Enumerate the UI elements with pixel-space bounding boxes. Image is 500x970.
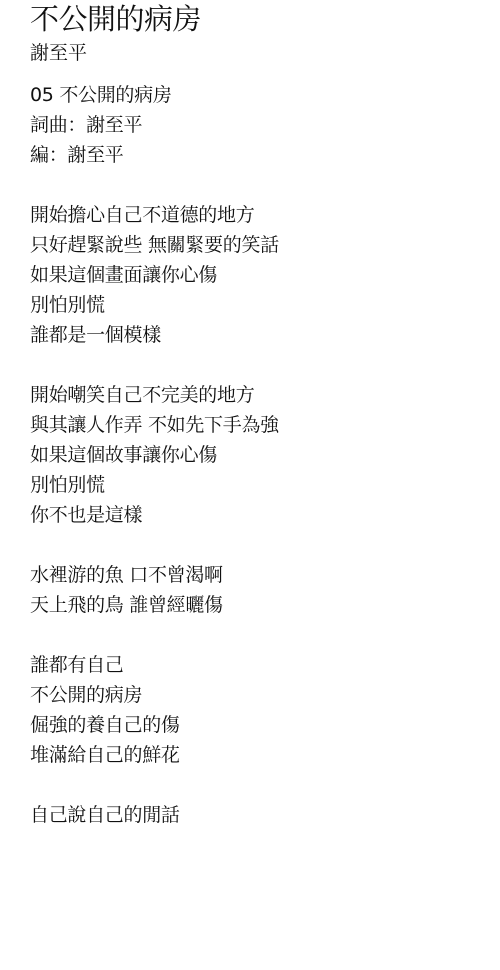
lyric-line: 如果這個故事讓你心傷 [30, 440, 279, 470]
lyric-line-credits-arrangement: 編：謝至平 [30, 140, 279, 170]
lyrics-list: 05 不公開的病房 詞曲：謝至平 編：謝至平 開始擔心自己不道德的地方 只好趕緊… [30, 80, 279, 830]
lyric-line-track-info: 05 不公開的病房 [30, 80, 279, 110]
lyric-line: 不公開的病房 [30, 680, 279, 710]
lyric-line: 你不也是這樣 [30, 500, 279, 530]
lyric-line-credits-lyrics-music: 詞曲：謝至平 [30, 110, 279, 140]
lyric-line: 別怕別慌 [30, 290, 279, 320]
lyric-spacer [30, 530, 279, 560]
lyric-spacer [30, 170, 279, 200]
lyric-line: 開始擔心自己不道德的地方 [30, 200, 279, 230]
lyric-line: 誰都有自己 [30, 650, 279, 680]
lyric-line: 與其讓人作弄 不如先下手為強 [30, 410, 279, 440]
lyric-spacer [30, 770, 279, 800]
song-artist: 謝至平 [30, 40, 87, 66]
lyric-line: 堆滿給自己的鮮花 [30, 740, 279, 770]
lyric-line: 倔強的養自己的傷 [30, 710, 279, 740]
lyric-line: 誰都是一個模樣 [30, 320, 279, 350]
lyric-line: 水裡游的魚 口不曾渴啊 [30, 560, 279, 590]
lyric-line: 只好趕緊說些 無關緊要的笑話 [30, 230, 279, 260]
lyric-line: 別怕別慌 [30, 470, 279, 500]
lyric-spacer [30, 350, 279, 380]
lyric-line: 開始嘲笑自己不完美的地方 [30, 380, 279, 410]
lyric-line: 天上飛的鳥 誰曾經曬傷 [30, 590, 279, 620]
lyric-spacer [30, 620, 279, 650]
lyric-line: 如果這個畫面讓你心傷 [30, 260, 279, 290]
song-title: 不公開的病房 [30, 0, 201, 38]
lyric-line: 自己說自己的閒話 [30, 800, 279, 830]
